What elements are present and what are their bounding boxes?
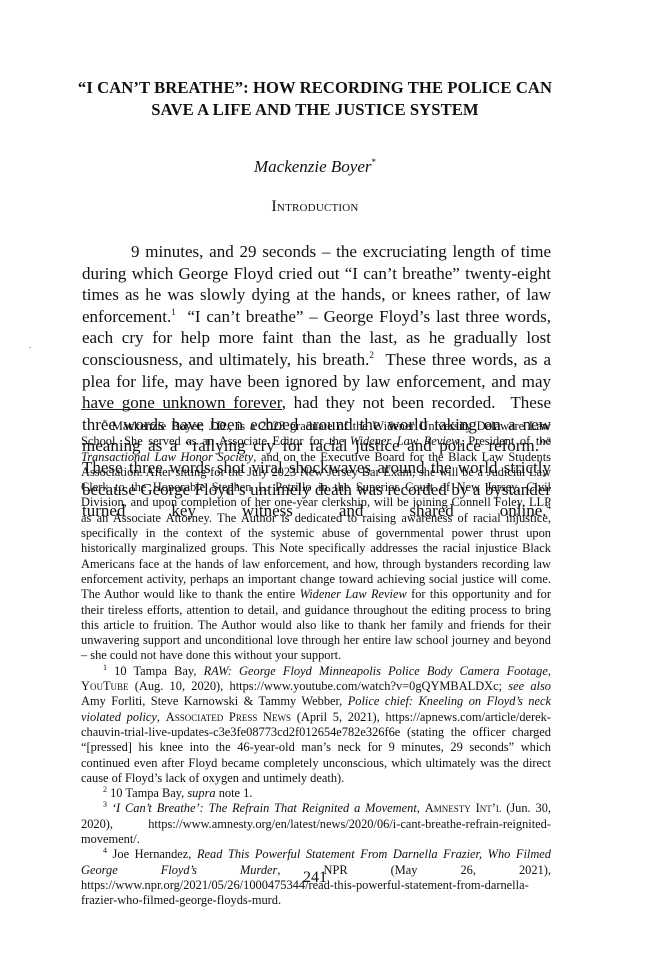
- footnote-italic: supra: [187, 786, 215, 800]
- footnote-3: 3 ‘I Can’t Breathe’: The Refrain That Re…: [81, 801, 551, 847]
- author-byline: Mackenzie Boyer*: [60, 151, 570, 178]
- footnote-2: 2 10 Tampa Bay, supra note 1.: [81, 786, 551, 801]
- footnote-smallcaps: Associated Press News: [166, 710, 291, 724]
- title-line-1: “I CAN’T BREATHE”: HOW RECORDING THE POL…: [60, 77, 570, 99]
- footnote-author: * Mackenzie Boyer, J.D., is a 2023 gradu…: [81, 419, 551, 664]
- author-name: Mackenzie Boyer: [254, 157, 372, 176]
- footnote-italic: Transactional Law Honor Society: [81, 450, 253, 464]
- footnote-text: , and on the Executive Board for the Bla…: [81, 450, 551, 602]
- margin-mark: [29, 347, 31, 348]
- footnote-text: , President of the: [460, 434, 551, 448]
- footnote-text: Joe Hernandez,: [107, 847, 197, 861]
- footnote-text: ,: [417, 801, 425, 815]
- footnote-divider: [81, 409, 282, 410]
- document-page: “I CAN’T BREATHE”: HOW RECORDING THE POL…: [0, 0, 651, 971]
- footnote-smallcaps: YouTube: [81, 679, 129, 693]
- footnote-italic: RAW: George Floyd Minneapolis Police Bod…: [204, 664, 548, 678]
- footnote-italic: Widener Law Review: [300, 587, 407, 601]
- article-title: “I CAN’T BREATHE”: HOW RECORDING THE POL…: [60, 77, 570, 121]
- footnote-text: 10 Tampa Bay,: [107, 786, 187, 800]
- author-footnote-mark: *: [372, 157, 377, 167]
- section-heading: Introduction: [60, 196, 570, 218]
- footnote-text: ,: [157, 710, 166, 724]
- footnote-text: Amy Forliti, Steve Karnowski & Tammy Web…: [81, 694, 348, 708]
- footnote-smallcaps: Amnesty Int’l: [425, 801, 502, 815]
- footnote-link-text[interactable]: (Aug. 10, 2020), https://www.youtube.com…: [129, 679, 509, 693]
- footnote-text: 10 Tampa Bay,: [107, 664, 204, 678]
- footnote-italic: see also: [508, 679, 551, 693]
- footnote-italic: Widener Law Review: [350, 434, 460, 448]
- footnote-italic: ‘I Can’t Breathe’: The Refrain That Reig…: [112, 801, 417, 815]
- footnote-text: note 1.: [216, 786, 253, 800]
- footnotes-section: * Mackenzie Boyer, J.D., is a 2023 gradu…: [81, 419, 551, 909]
- page-number: 241: [60, 868, 570, 888]
- title-line-2: SAVE A LIFE AND THE JUSTICE SYSTEM: [60, 99, 570, 121]
- footnote-1: 1 10 Tampa Bay, RAW: George Floyd Minnea…: [81, 664, 551, 786]
- footnote-text: ,: [548, 664, 551, 678]
